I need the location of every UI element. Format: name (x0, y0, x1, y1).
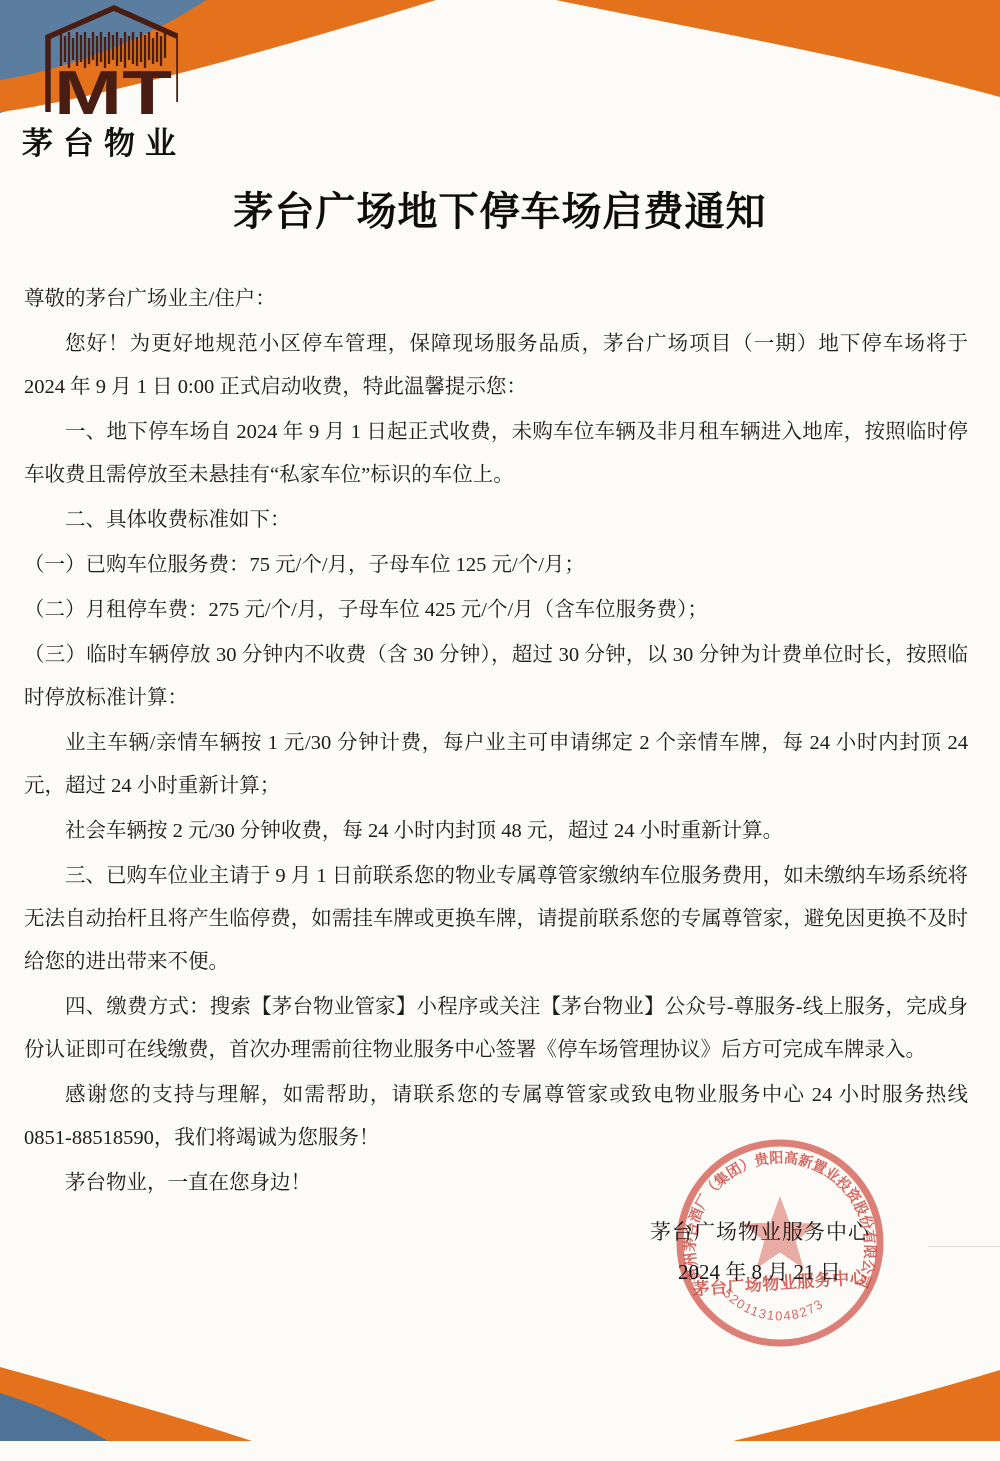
top-right-orange-corner (556, 0, 1000, 97)
signature-org: 茅台广场物业服务中心 (650, 1216, 870, 1246)
page-title: 茅台广场地下停车场启费通知 (0, 180, 1000, 237)
notice-paragraph: 二、具体收费标准如下： (24, 499, 968, 542)
notice-paragraph: 业主车辆/亲情车辆按 1 元/30 分钟计费，每户业主可申请绑定 2 个亲情车牌… (24, 722, 968, 808)
scan-artifact-line (928, 1246, 1000, 1247)
notice-body: 尊敬的茅台广场业主/住户： 您好！为更好地规范小区停车管理，保障现场服务品质，茅… (24, 278, 968, 1207)
bottom-right-orange-corner (733, 1370, 1000, 1441)
notice-paragraph: （二）月租停车费：275 元/个/月，子母车位 425 元/个/月（含车位服务费… (24, 589, 968, 632)
notice-paragraph: 茅台物业，一直在您身边！ (24, 1162, 968, 1205)
notice-paragraph: 四、缴费方式：搜索【茅台物业管家】小程序或关注【茅台物业】公众号-尊服务-线上服… (24, 986, 968, 1072)
notice-paragraph: 社会车辆按 2 元/30 分钟收费，每 24 小时内封顶 48 元，超过 24 … (24, 810, 968, 853)
salutation: 尊敬的茅台广场业主/住户： (24, 278, 968, 321)
notice-paragraph: 您好！为更好地规范小区停车管理，保障现场服务品质，茅台广场项目（一期）地下停车场… (24, 323, 968, 409)
notice-paragraph: 一、地下停车场自 2024 年 9 月 1 日起正式收费，未购车位车辆及非月租车… (24, 411, 968, 497)
notice-page: MT 茅台物业 茅台广场地下停车场启费通知 尊敬的茅台广场业主/住户： 您好！为… (0, 0, 1000, 1461)
notice-paragraph: （三）临时车辆停放 30 分钟内不收费（含 30 分钟），超过 30 分钟，以 … (24, 634, 968, 720)
notice-paragraph: （一）已购车位服务费：75 元/个/月，子母车位 125 元/个/月； (24, 544, 968, 587)
company-logo: MT (18, 2, 178, 122)
notice-paragraph: 三、已购车位业主请于 9 月 1 日前联系您的物业专属尊管家缴纳车位服务费用，如… (24, 855, 968, 984)
notice-paragraph: 感谢您的支持与理解，如需帮助，请联系您的专属尊管家或致电物业服务中心 24 小时… (24, 1074, 968, 1160)
signature-date: 2024 年 8 月 21 日 (678, 1256, 841, 1286)
logo-monogram: MT (54, 59, 172, 122)
company-name: 茅台物业 (22, 118, 186, 163)
